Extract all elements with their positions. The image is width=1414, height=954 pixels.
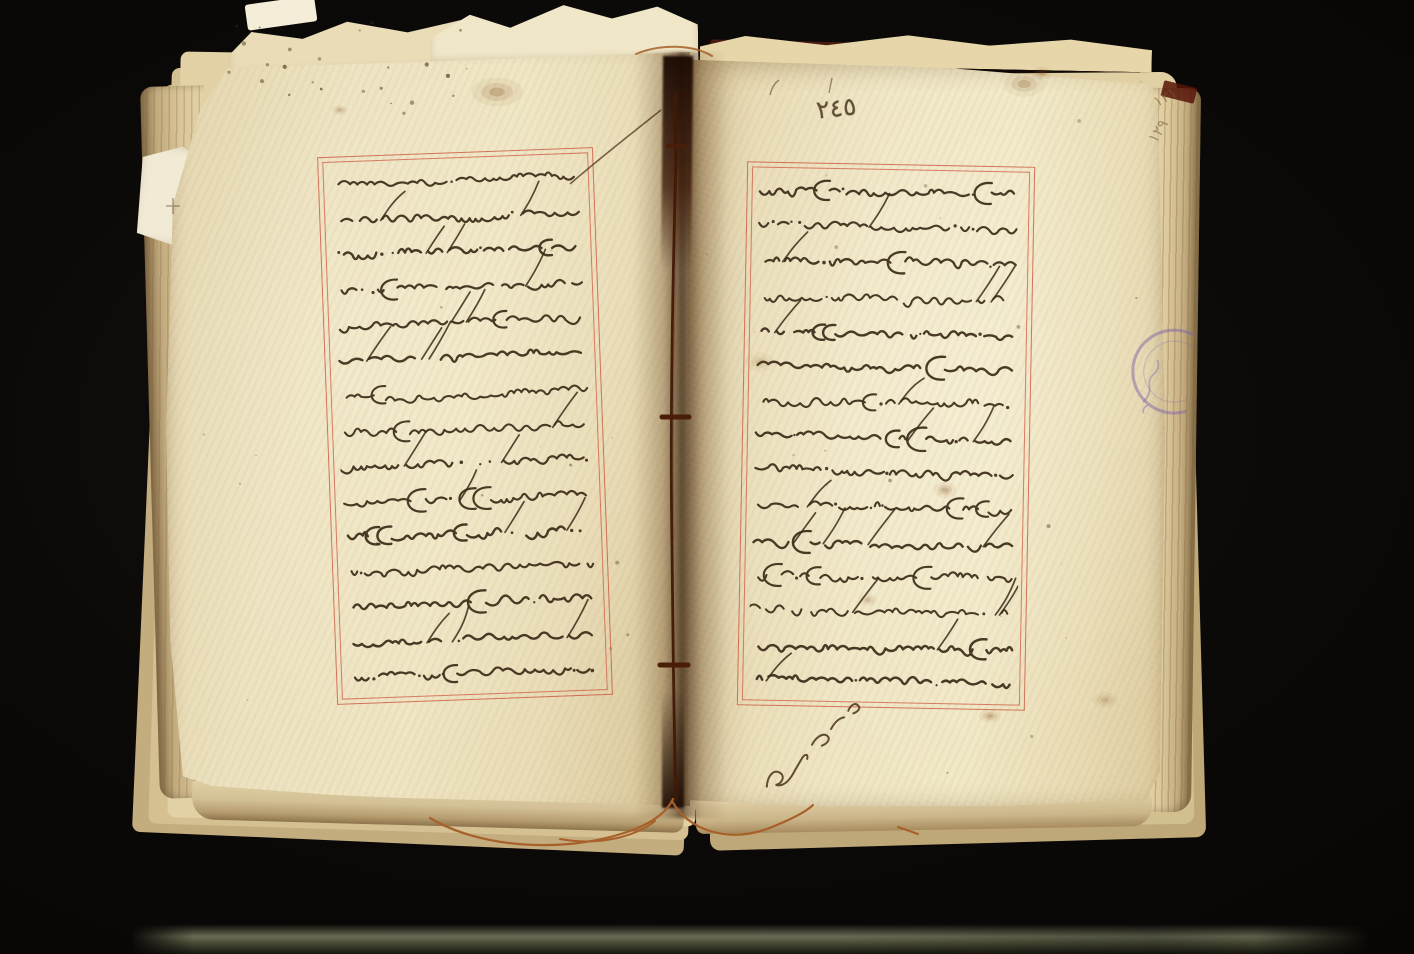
catchword: [751, 703, 875, 789]
photo-details-overlay: [0, 0, 1414, 954]
library-stamp: [1122, 315, 1195, 433]
manuscript-photo: ٢٤٥ ١٢١ ١٢٩: [0, 0, 1414, 954]
stray-ink-stroke: [570, 110, 661, 184]
binding-threads: [430, 47, 918, 845]
